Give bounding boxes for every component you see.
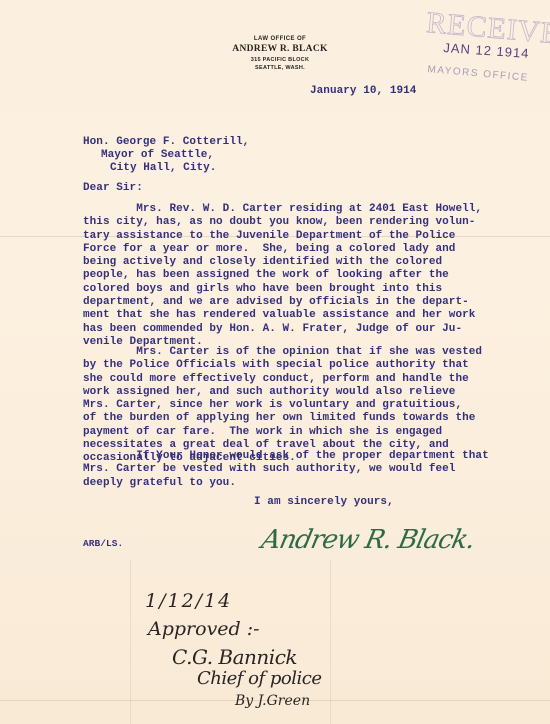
letterhead: LAW OFFICE OF ANDREW R. BLACK 315 PACIFI…	[200, 36, 360, 75]
letter-page: LAW OFFICE OF ANDREW R. BLACK 315 PACIFI…	[0, 0, 550, 724]
typist-initials: ARB/LS.	[83, 537, 123, 550]
letter-date: January 10, 1914	[310, 85, 416, 98]
paper-fold-line	[330, 560, 331, 724]
handwritten-by: By J.Green	[235, 693, 310, 709]
letterhead-name: ANDREW R. BLACK	[200, 45, 360, 55]
received-stamp: RECEIVED JAN 12 1914 MAYORS OFFICE	[422, 6, 550, 86]
author-signature: Andrew R. Black.	[259, 525, 477, 555]
recipient-line1: Hon. George F. Cotterill,	[83, 136, 249, 149]
stamp-office: MAYORS OFFICE	[427, 64, 529, 84]
handwritten-approved: Approved :-	[148, 618, 260, 640]
paragraph-2: Mrs. Carter is of the opinion that if sh…	[83, 346, 482, 466]
paragraph-1: Mrs. Rev. W. D. Carter residing at 2401 …	[83, 203, 482, 349]
handwritten-signer: C.G. Bannick	[172, 645, 297, 669]
letterhead-address: 315 PACIFIC BLOCK	[200, 58, 360, 64]
letterhead-line1: LAW OFFICE OF	[200, 36, 360, 42]
recipient-line2: Mayor of Seattle,	[101, 149, 214, 162]
salutation: Dear Sir:	[83, 182, 143, 195]
paragraph-3: If Your Honor would ask of the proper de…	[83, 450, 489, 490]
closing: I am sincerely yours,	[254, 496, 394, 509]
recipient-line3: City Hall, City.	[110, 162, 216, 175]
handwritten-title: Chief of police	[197, 668, 322, 689]
paper-fold-line	[130, 560, 131, 724]
letterhead-city: SEATTLE, WASH.	[200, 66, 360, 72]
handwritten-date: 1/12/14	[145, 590, 232, 612]
